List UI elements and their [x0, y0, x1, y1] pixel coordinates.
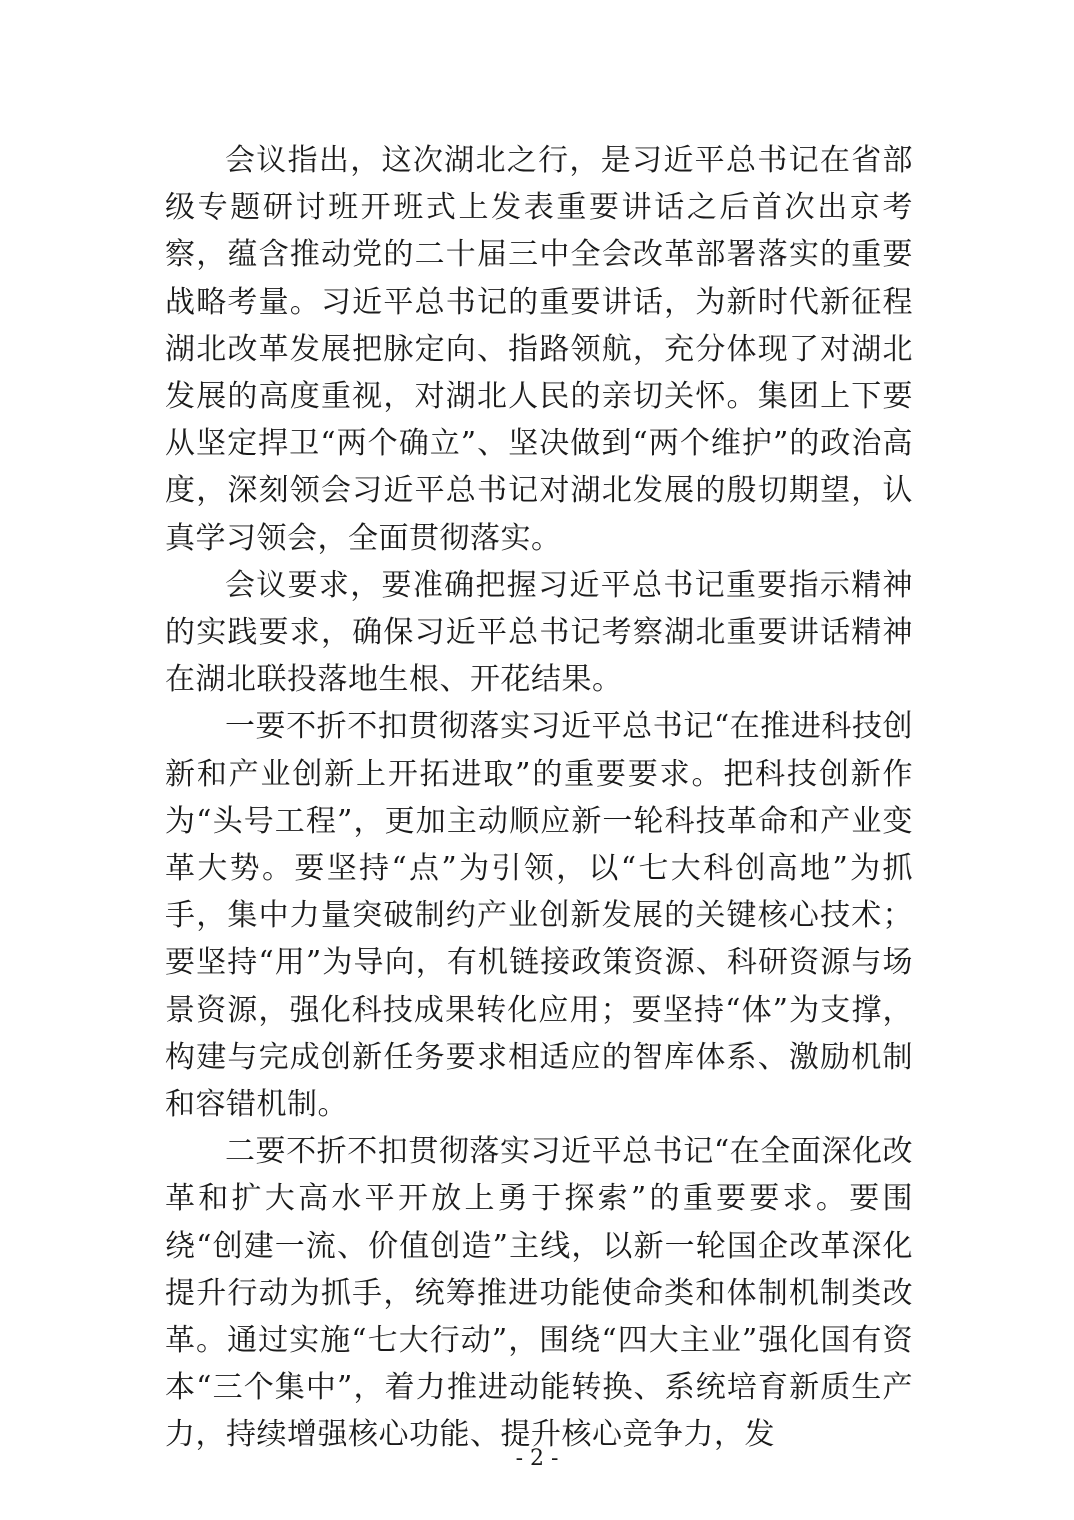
paragraph-meeting-requirements: 会议要求，要准确把握习近平总书记重要指示精神的实践要求，确保习近平总书记考察湖北…: [165, 562, 913, 704]
paragraph-requirement-one: 一要不折不扣贯彻落实习近平总书记“在推进科技创新和产业创新上开拓进取”的重要要求…: [165, 703, 913, 1128]
document-page: 会议指出，这次湖北之行，是习近平总书记在省部级专题研讨班开班式上发表重要讲话之后…: [165, 137, 913, 1459]
paragraph-requirement-two: 二要不折不扣贯彻落实习近平总书记“在全面深化改革和扩大高水平开放上勇于探索”的重…: [165, 1128, 913, 1458]
paragraph-meeting-points: 会议指出，这次湖北之行，是习近平总书记在省部级专题研讨班开班式上发表重要讲话之后…: [165, 137, 913, 562]
page-number: - 2 -: [0, 1446, 1074, 1471]
